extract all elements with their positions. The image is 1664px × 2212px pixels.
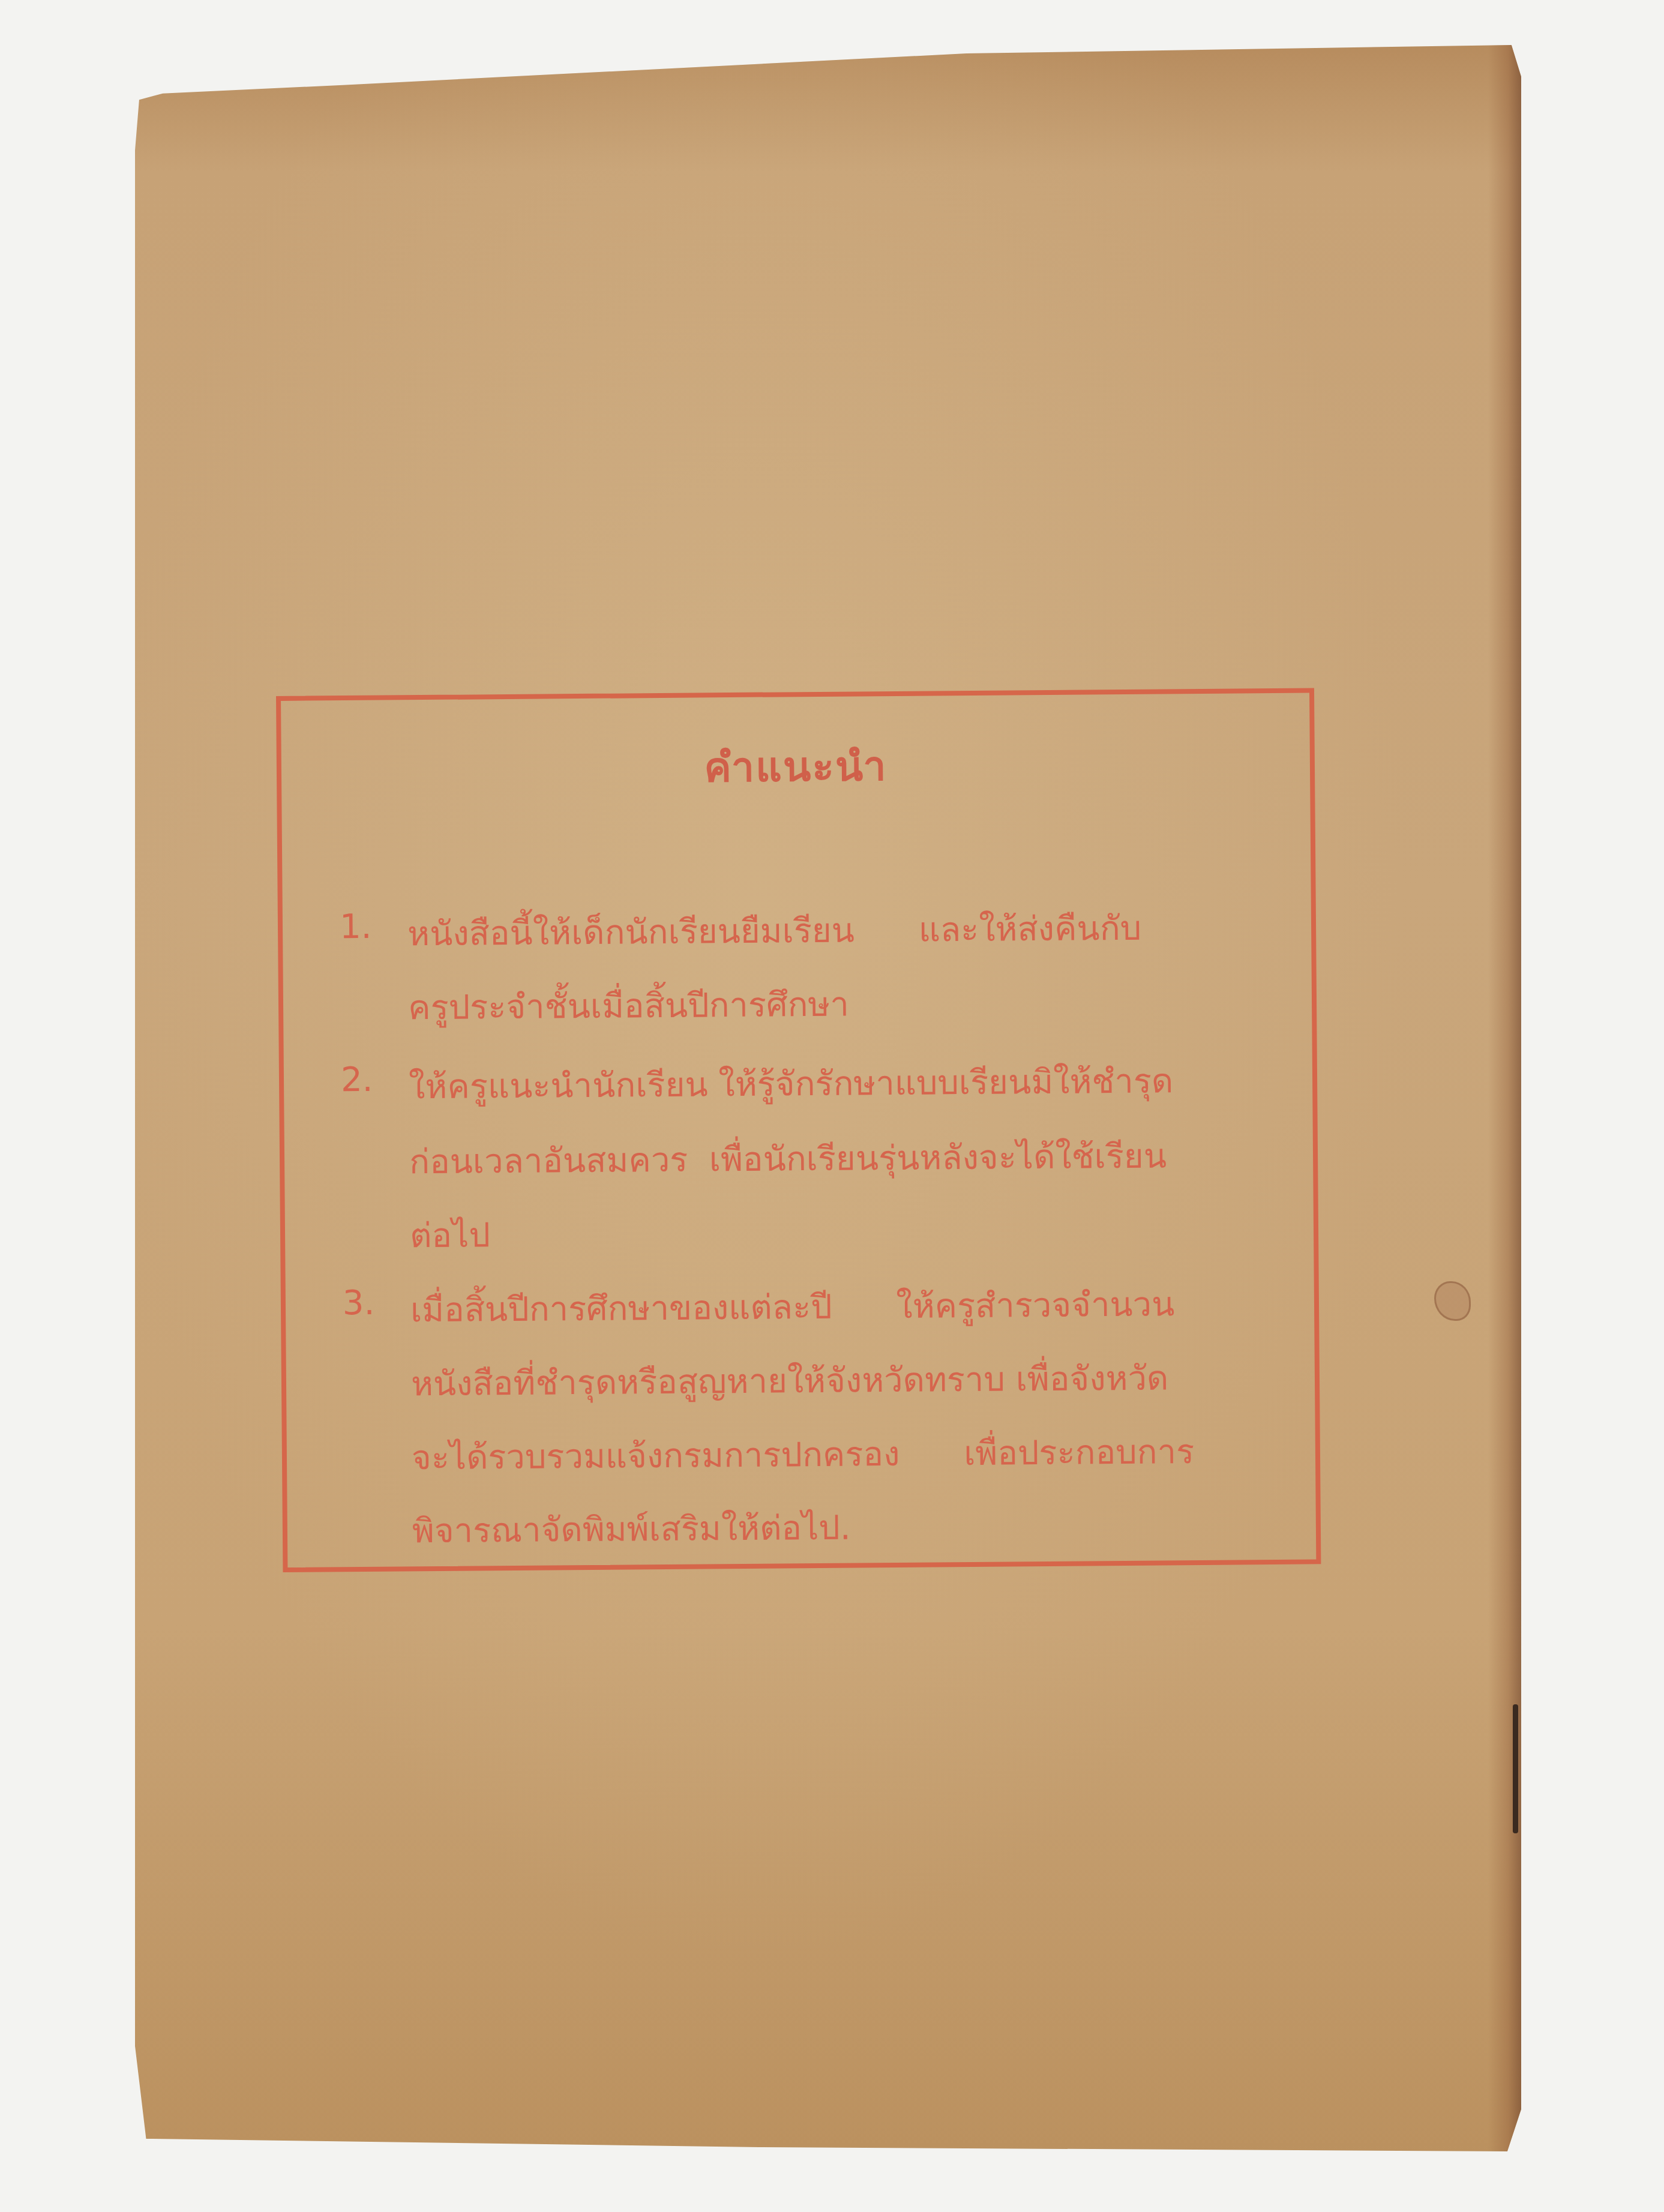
- item-2-number: 2.: [341, 1060, 373, 1099]
- staple-icon: [1513, 1704, 1518, 1833]
- item-2-line-2: ก่อนเวลาอันสมควร เพื่อนักเรียนรุ่นหลังจะ…: [409, 1129, 1167, 1188]
- item-1-line-1: หนังสือนี้ให้เด็กนักเรียนยืมเรียน และให้…: [407, 901, 1142, 961]
- instructions-box: คำแนะนำ 1. หนังสือนี้ให้เด็กนักเรียนยืมเ…: [276, 688, 1321, 1572]
- item-3-line-1: เมื่อสิ้นปีการศึกษาของแต่ละปี ให้ครูสำรว…: [410, 1277, 1175, 1336]
- booklet-back-cover: คำแนะนำ 1. หนังสือนี้ให้เด็กนักเรียนยืมเ…: [135, 45, 1521, 2151]
- item-2-line-1: ให้ครูแนะนำนักเรียน ให้รู้จักรักษาแบบเรี…: [409, 1054, 1174, 1113]
- item-2-line-3: ต่อไป: [410, 1208, 490, 1262]
- item-1-number: 1.: [340, 907, 372, 946]
- item-3-line-3: จะได้รวบรวมแจ้งกรมการปกครอง เพื่อประกอบก…: [412, 1425, 1195, 1484]
- item-3-line-4: พิจารณาจัดพิมพ์เสริมให้ต่อไป.: [412, 1501, 851, 1558]
- booklet-spine: [1488, 45, 1521, 2151]
- paper-stain: [1434, 1281, 1471, 1321]
- instructions-title: คำแนะนำ: [281, 730, 1311, 802]
- item-1-line-2: ครูประจำชั้นเมื่อสิ้นปีการศึกษา: [408, 978, 849, 1035]
- item-3-number: 3.: [343, 1284, 375, 1323]
- item-3-line-2: หนังสือที่ชำรุดหรือสูญหายให้จังหวัดทราบ …: [411, 1351, 1169, 1410]
